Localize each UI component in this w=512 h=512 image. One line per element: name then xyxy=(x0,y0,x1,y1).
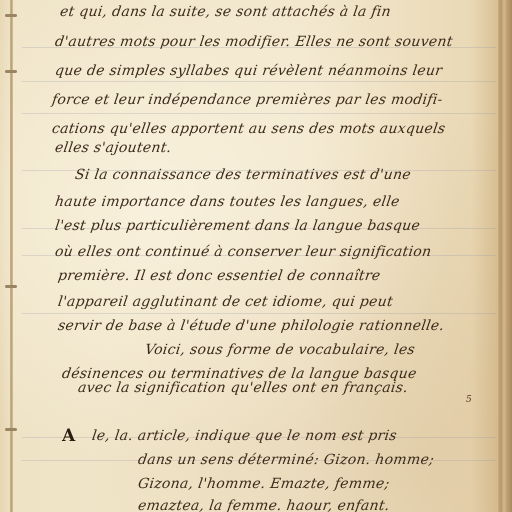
text-line: haute importance dans toutes les langues… xyxy=(54,194,401,210)
binding-stitch xyxy=(5,14,17,17)
text-line: et qui, dans la suite, se sont attachés … xyxy=(59,4,392,20)
ruled-line xyxy=(22,81,496,82)
entry-letter: A xyxy=(62,426,75,446)
text-line: Si la connaissance des terminatives est … xyxy=(74,167,412,183)
text-line: que de simples syllabes qui révèlent néa… xyxy=(54,63,443,79)
entry-line: emaztea, la femme. haour, enfant. xyxy=(137,498,391,512)
text-line: l'appareil agglutinant de cet idiome, qu… xyxy=(57,294,394,310)
page-binding xyxy=(10,0,13,512)
text-line: Voici, sous forme de vocabulaire, les xyxy=(144,342,416,358)
entry-line: Gizona, l'homme. Emazte, femme; xyxy=(137,476,391,492)
entry-line: le, la. article, indique que le nom est … xyxy=(91,428,398,444)
binding-stitch xyxy=(5,70,17,73)
page-edge xyxy=(498,0,512,512)
ruled-line xyxy=(22,313,496,314)
text-line: où elles ont continué à conserver leur s… xyxy=(54,244,433,260)
text-line: elles s'ajoutent. xyxy=(54,140,173,156)
binding-stitch xyxy=(5,285,17,288)
page-number: 5 xyxy=(466,395,472,405)
ruled-line xyxy=(22,113,496,114)
text-line: force et leur indépendance premières par… xyxy=(51,92,444,108)
manuscript-page: et qui, dans la suite, se sont attachés … xyxy=(0,0,512,512)
text-line: d'autres mots pour les modifier. Elles n… xyxy=(54,34,454,50)
text-line: première. Il est donc essentiel de conna… xyxy=(57,268,382,284)
text-line: cations qu'elles apportent au sens des m… xyxy=(51,121,447,137)
text-line: avec la signification qu'elles ont en fr… xyxy=(77,380,409,396)
text-line: l'est plus particulièrement dans la lang… xyxy=(54,218,421,234)
binding-stitch xyxy=(5,428,17,431)
text-line: servir de base à l'étude d'une philologi… xyxy=(57,318,445,334)
entry-line: dans un sens déterminé: Gizon. homme; xyxy=(137,452,435,468)
